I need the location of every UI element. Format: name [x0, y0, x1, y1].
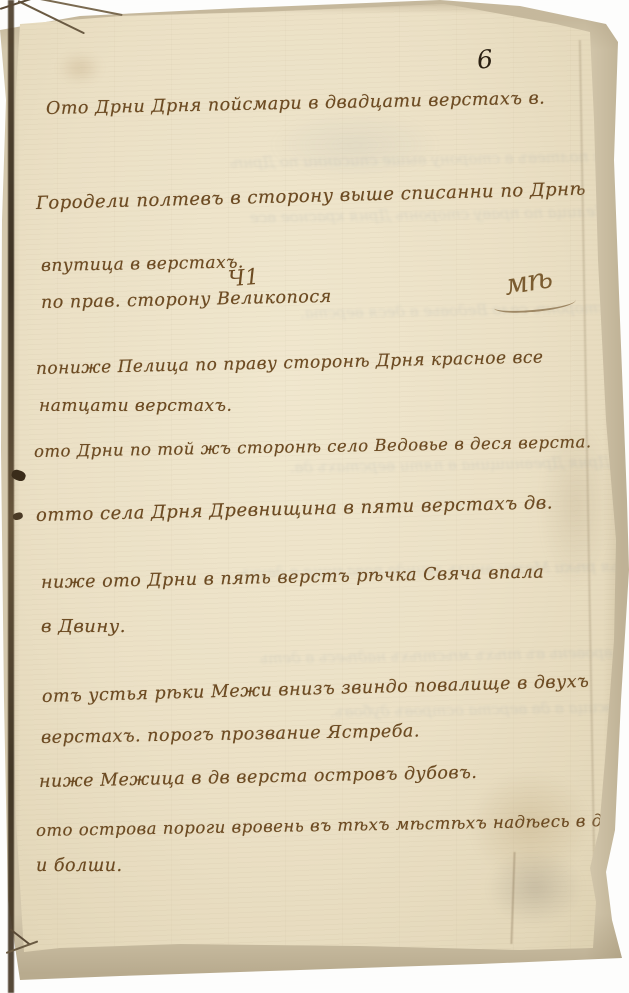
binding-edge [8, 0, 14, 993]
sewing-thread [40, 0, 123, 16]
manuscript-photo: Городели полтевъ в сторону выше списанни… [0, 0, 629, 993]
handwriting-line: впутица в верстахъ. [41, 252, 244, 276]
handwriting-line: и болши. [36, 856, 123, 876]
stain [58, 52, 102, 84]
stain [488, 850, 583, 925]
handwriting-line: натцати верстахъ. [39, 396, 232, 416]
manuscript-page: Городели полтевъ в сторону выше списанни… [0, 0, 629, 993]
handwriting-line: в Двину. [41, 616, 126, 637]
folio-number: 6 [476, 44, 495, 75]
